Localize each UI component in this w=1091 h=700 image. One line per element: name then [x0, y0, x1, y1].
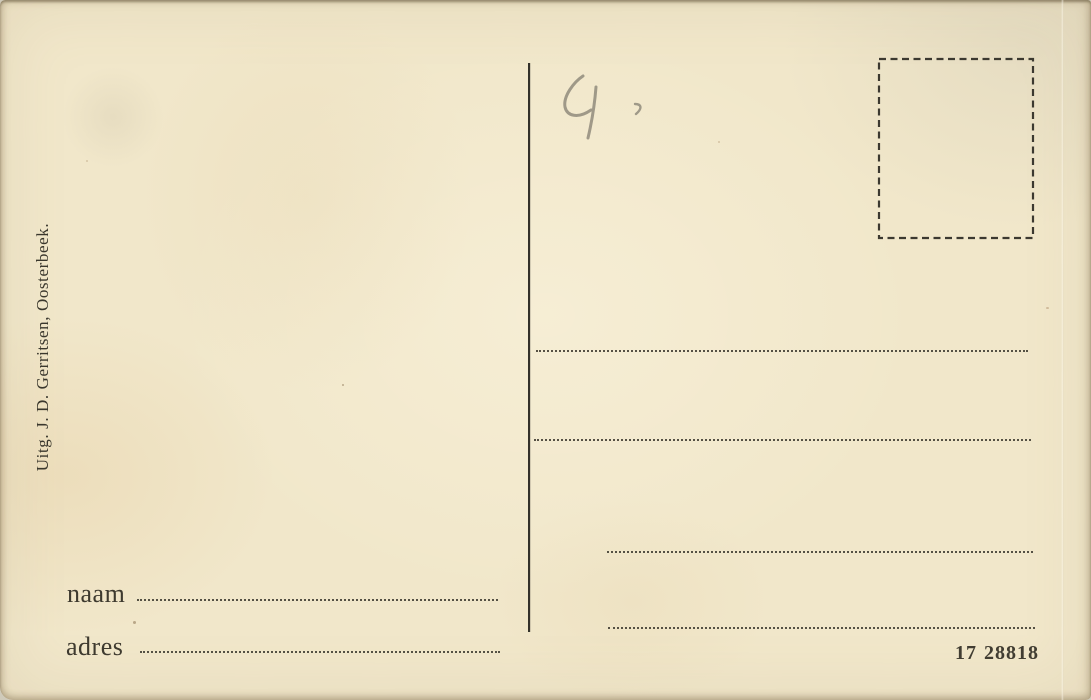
center-divider-line: [528, 63, 530, 632]
address-field-line: [140, 651, 500, 653]
paper-speck: [133, 621, 136, 624]
stamp-box: [877, 57, 1035, 241]
paper-crease: [1061, 0, 1064, 700]
postcard-back: Uitg. J. D. Gerritsen, Oosterbeek. naam …: [0, 0, 1091, 700]
serial-number: 1728818: [955, 642, 1039, 665]
address-ruled-line-3: [607, 551, 1033, 553]
paper-smudge: [58, 62, 168, 172]
name-field-label: naam: [67, 581, 125, 607]
address-ruled-line-4: [608, 627, 1035, 629]
paper-speck: [86, 160, 88, 162]
paper-speck: [1046, 307, 1049, 309]
paper-speck: [342, 384, 344, 386]
address-field-label: adres: [66, 634, 123, 660]
serial-prefix: 17: [955, 642, 977, 664]
address-ruled-line-1: [536, 350, 1028, 352]
pencil-four-hook: [565, 76, 591, 115]
paper-speck: [718, 141, 720, 143]
address-ruled-line-2: [534, 439, 1031, 441]
name-field-line: [137, 599, 498, 601]
publisher-imprint: Uitg. J. D. Gerritsen, Oosterbeek.: [33, 206, 59, 488]
pencil-equals-mark: [635, 104, 640, 114]
serial-value: 28818: [984, 642, 1039, 664]
handwritten-note: [550, 65, 660, 149]
